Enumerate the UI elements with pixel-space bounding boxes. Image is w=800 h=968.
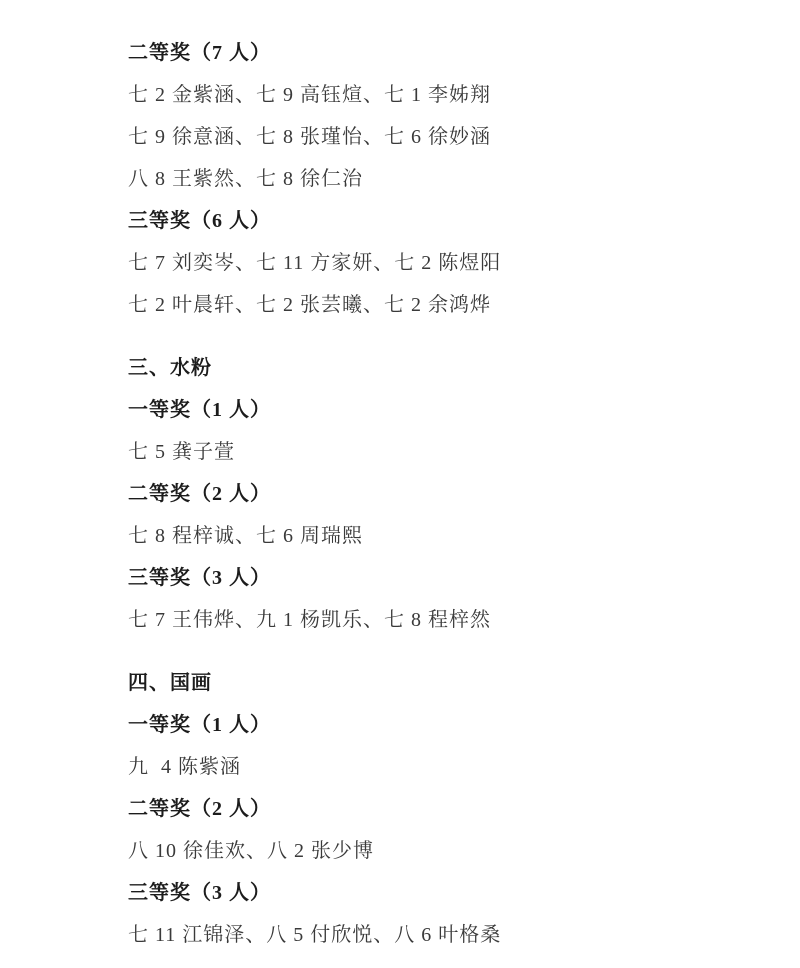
section-awards-continued: 二等奖（7 人） 七 2 金紫涵、七 9 高钰煊、七 1 李姊翔 七 9 徐意涵… [128, 43, 760, 315]
winner-line: 七 2 金紫涵、七 9 高钰煊、七 1 李姊翔 [128, 85, 760, 105]
award-tier-heading-third-prize: 三等奖（3 人） [128, 883, 760, 903]
winner-line: 九 4 陈紫涵 [128, 757, 760, 777]
winner-line: 七 9 徐意涵、七 8 张瑾怡、七 6 徐妙涵 [128, 127, 760, 147]
section-title-gouache: 三、水粉 [128, 358, 760, 378]
document-page: 二等奖（7 人） 七 2 金紫涵、七 9 高钰煊、七 1 李姊翔 七 9 徐意涵… [0, 0, 800, 968]
winner-line: 七 5 龚子萱 [128, 442, 760, 462]
winner-line: 七 7 刘奕岑、七 11 方家妍、七 2 陈煜阳 [128, 253, 760, 273]
section-gouache: 三、水粉 一等奖（1 人） 七 5 龚子萱 二等奖（2 人） 七 8 程梓诚、七… [128, 337, 760, 630]
award-tier-heading-third-prize: 三等奖（6 人） [128, 211, 760, 231]
winner-line: 八 10 徐佳欢、八 2 张少博 [128, 841, 760, 861]
award-tier-heading-first-prize: 一等奖（1 人） [128, 715, 760, 735]
award-tier-heading-second-prize: 二等奖（2 人） [128, 484, 760, 504]
award-tier-heading-third-prize: 三等奖（3 人） [128, 568, 760, 588]
winner-line: 八 8 王紫然、七 8 徐仁治 [128, 169, 760, 189]
section-chinese-painting: 四、国画 一等奖（1 人） 九 4 陈紫涵 二等奖（2 人） 八 10 徐佳欢、… [128, 652, 760, 945]
winner-line: 七 8 程梓诚、七 6 周瑞熙 [128, 526, 760, 546]
winner-line: 七 2 叶晨轩、七 2 张芸曦、七 2 余鸿烨 [128, 295, 760, 315]
award-tier-heading-second-prize: 二等奖（7 人） [128, 43, 760, 63]
winner-line: 七 11 江锦泽、八 5 付欣悦、八 6 叶格桑 [128, 925, 760, 945]
award-tier-heading-first-prize: 一等奖（1 人） [128, 400, 760, 420]
award-tier-heading-second-prize: 二等奖（2 人） [128, 799, 760, 819]
winner-line: 七 7 王伟烨、九 1 杨凯乐、七 8 程梓然 [128, 610, 760, 630]
section-title-chinese-painting: 四、国画 [128, 673, 760, 693]
